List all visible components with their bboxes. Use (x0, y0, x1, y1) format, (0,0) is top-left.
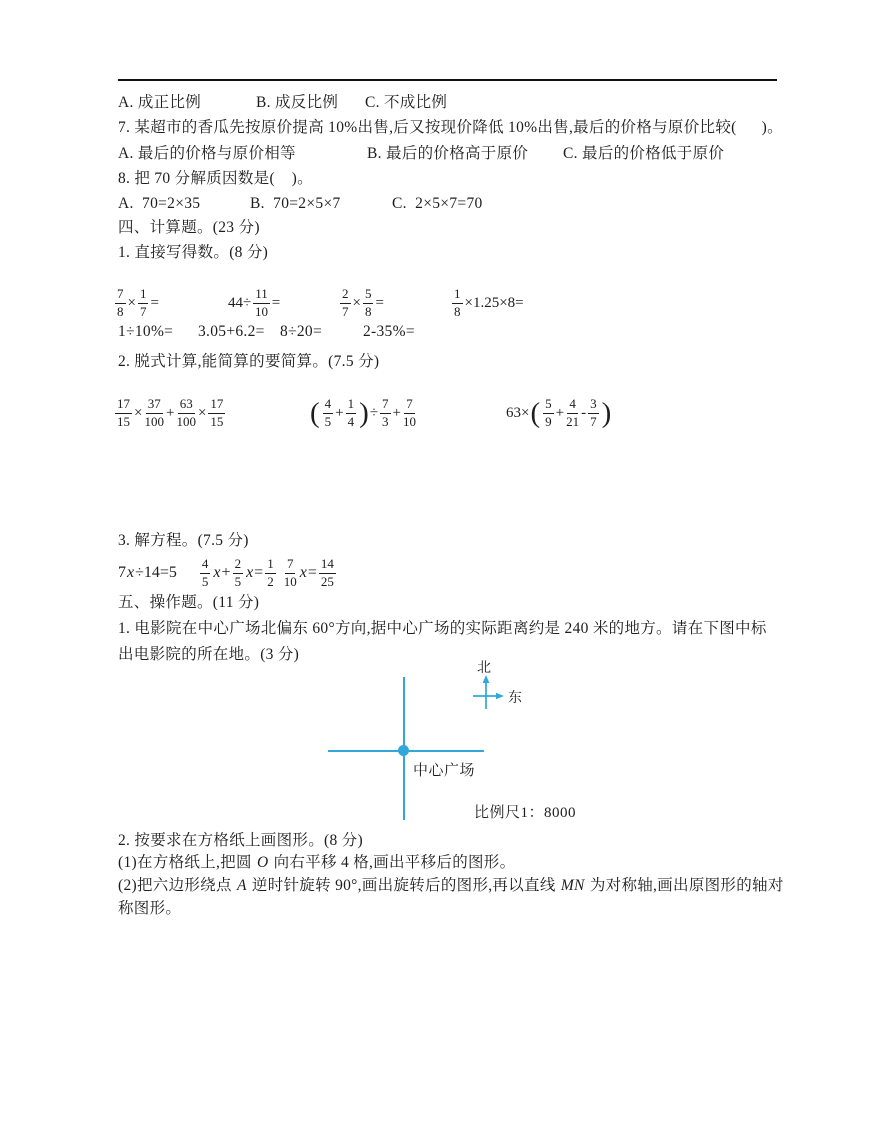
expression: 1÷10%= (118, 323, 173, 341)
compass-icon (470, 672, 506, 712)
scale-label: 比例尺1：8000 (474, 801, 576, 822)
expression: 63×(59+421-37) (506, 393, 612, 433)
q7-option-a: A. 最后的价格与原价相等 (118, 145, 296, 163)
section4-title: 四、计算题。(23 分) (118, 219, 260, 239)
equations-row: 7x÷14=5 45x+25x=12 710x=1425 (118, 553, 338, 593)
q5-2-item2-line1: (2)把六边形绕点 A 逆时针旋转 90°,画出旋转后的图形,再以直线 MN 为… (118, 877, 784, 897)
direct-write-row2: 1÷10%= 3.05+6.2= 8÷20= 2-35%= (118, 323, 135, 343)
q7-option-b: B. 最后的价格高于原价 (367, 145, 528, 163)
center-plaza-label: 中心广场 (413, 759, 475, 780)
equation: 45x+25x=12 (198, 553, 278, 593)
q5-2-item2-line2: 称图形。 (118, 900, 181, 920)
q6-option-c: C. 不成比例 (365, 94, 447, 112)
expression: 1715×37100+63100×1715 (113, 393, 227, 433)
q7-option-c: C. 最后的价格低于原价 (563, 145, 724, 163)
q5-2-item1: (1)在方格纸上,把圆 O 向右平移 4 格,画出平移后的图形。 (118, 854, 515, 874)
q5-1-text-line1: 1. 电影院在中心广场北偏东 60°方向,据中心广场的实际距离约是 240 米的… (118, 620, 767, 640)
expression: 3.05+6.2= (198, 323, 265, 341)
expression: 78×17= (113, 283, 159, 323)
sub1-title: 1. 直接写得数。(8 分) (118, 244, 268, 264)
q6-option-a: A. 成正比例 (118, 94, 201, 112)
expression: 8÷20= (280, 323, 322, 341)
q6-options-row: A. 成正比例 B. 成反比例 C. 不成比例 (118, 94, 135, 114)
worksheet-page: A. 成正比例 B. 成反比例 C. 不成比例 7. 某超市的香瓜先按原价提高 … (0, 0, 889, 1122)
q5-1-text-line2: 出电影院的所在地。(3 分) (118, 646, 299, 666)
expression: 2-35%= (363, 323, 415, 341)
equation: 7x÷14=5 (118, 553, 177, 593)
sub3-title: 3. 解方程。(7.5 分) (118, 532, 249, 552)
q7-text: 7. 某超市的香瓜先按原价提高 10%出售,后又按现价降低 10%出售,最后的价… (118, 119, 783, 139)
east-label: 东 (508, 687, 522, 707)
expression: 27×58= (338, 283, 384, 323)
q8-option-a: A. 70=2×35 (118, 195, 200, 213)
expression: (45+14)÷73+710 (309, 393, 418, 433)
q8-text: 8. 把 70 分解质因数是( )。 (118, 170, 313, 190)
expression: 44÷1110= (228, 283, 280, 323)
center-plaza-dot (398, 745, 409, 756)
q7-options-row: A. 最后的价格与原价相等 B. 最后的价格高于原价 C. 最后的价格低于原价 (118, 145, 135, 165)
q5-2-title: 2. 按要求在方格纸上画图形。(8 分) (118, 832, 363, 852)
top-rule (118, 79, 777, 81)
q8-option-c: C. 2×5×7=70 (392, 195, 483, 213)
q8-option-b: B. 70=2×5×7 (250, 195, 341, 213)
q6-option-b: B. 成反比例 (256, 94, 338, 112)
sub2-title: 2. 脱式计算,能简算的要简算。(7.5 分) (118, 353, 379, 373)
q8-options-row: A. 70=2×35 B. 70=2×5×7 C. 2×5×7=70 (118, 195, 135, 215)
equation: 710x=1425 (282, 553, 338, 593)
section5-title: 五、操作题。(11 分) (118, 594, 259, 614)
expression: 18×1.25×8= (450, 283, 524, 323)
